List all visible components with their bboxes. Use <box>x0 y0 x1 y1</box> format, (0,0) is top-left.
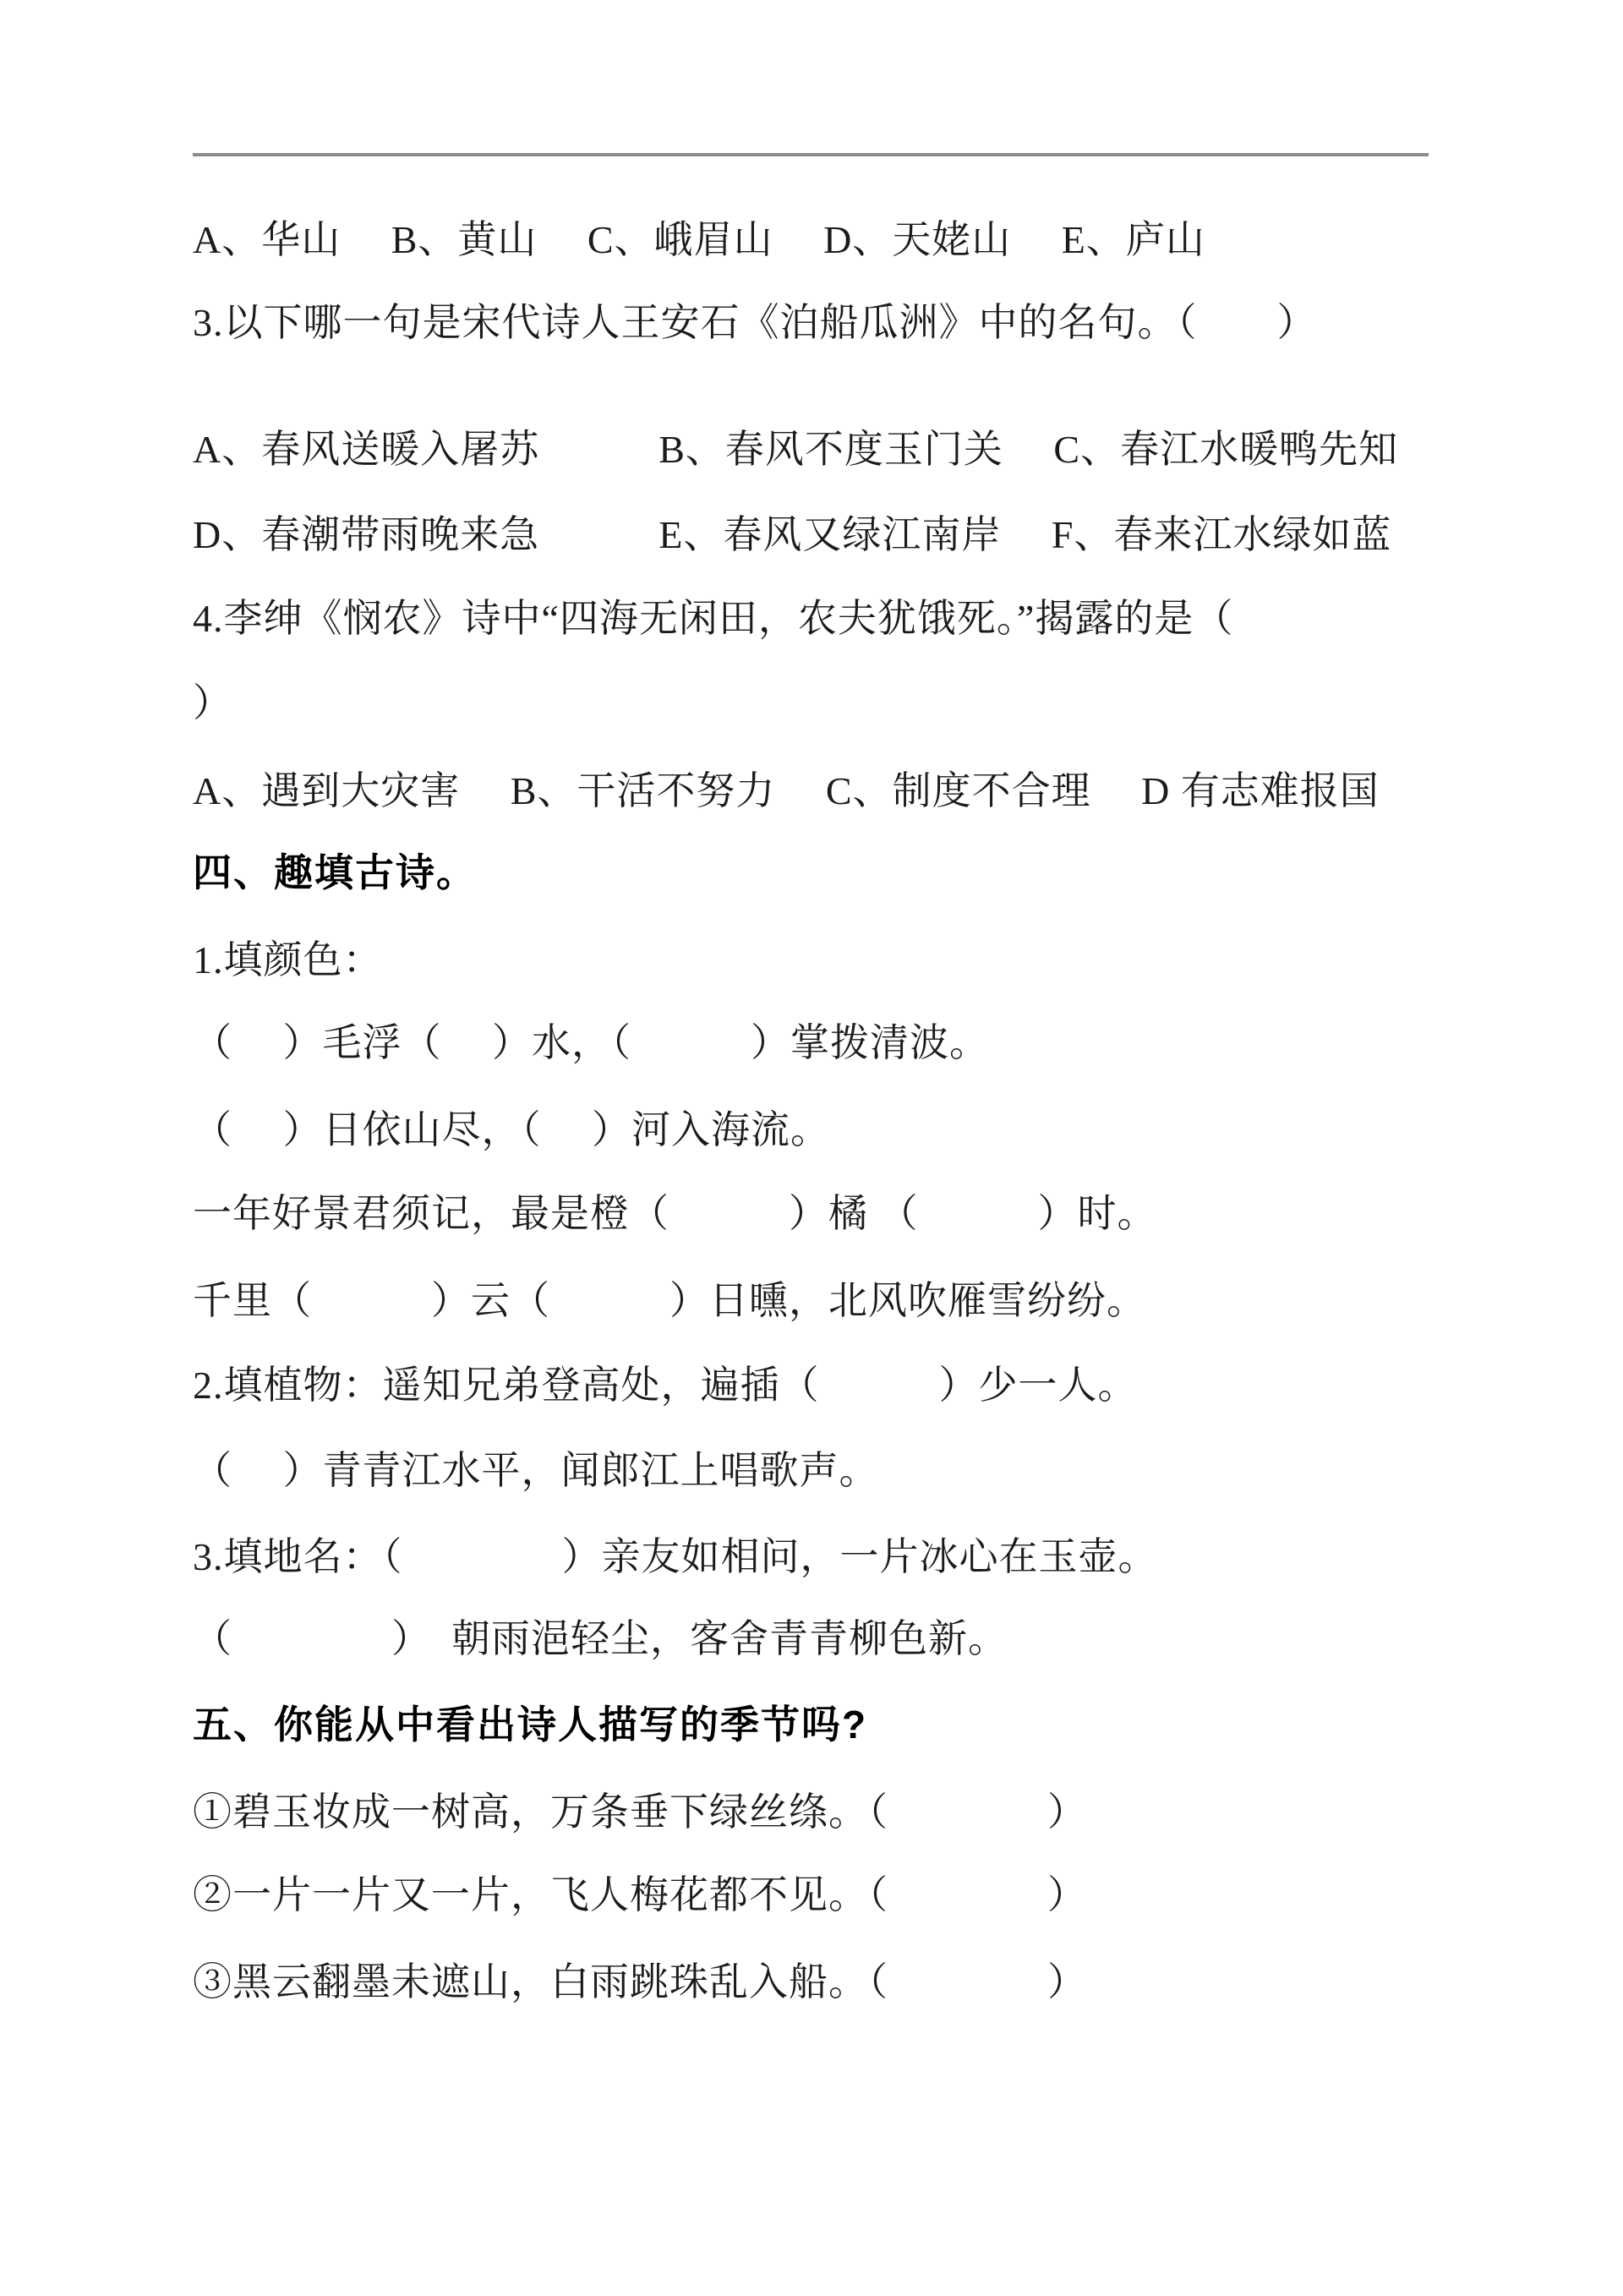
question-3-options-row-1: A、春风送暖入屠苏 B、春风不度玉门关 C、春江水暖鸭先知 <box>193 428 1398 473</box>
section-4-heading: 四、趣填古诗。 <box>193 850 477 895</box>
fill-plant-line-2: （ ）青青江水平，闻郎江上唱歌声。 <box>193 1449 879 1494</box>
fill-place-line-2: （ ） 朝雨浥轻尘，客舍青青柳色新。 <box>193 1617 1008 1662</box>
question-4-options: A、遇到大灾害 B、干活不努力 C、制度不合理 D 有志难报国 <box>193 769 1380 814</box>
header-divider <box>193 153 1429 156</box>
question-4-text: 4.李绅《悯农》诗中“四海无闲田，农夫犹饿死。”揭露的是（ <box>193 597 1233 642</box>
fill-color-line-2: （ ）日依山尽，（ ）河入海流。 <box>193 1108 830 1153</box>
season-line-3: ③黑云翻墨未遮山，白雨跳珠乱入船。（ ） <box>193 1960 1087 2005</box>
section-5-heading: 五、你能从中看出诗人描写的季节吗? <box>193 1703 867 1747</box>
options-line-mountains: A、华山 B、黄山 C、峨眉山 D、天姥山 E、庐山 <box>193 218 1205 263</box>
fill-color-line-1: （ ）毛浮（ ）水，（ ）掌拨清波。 <box>193 1021 989 1066</box>
fill-color-line-3: 一年好景君须记，最是橙（ ）橘 （ ）时。 <box>193 1192 1157 1237</box>
fill-plant-line-1: 2.填植物：遥知兄弟登高处，遍插（ ）少一人。 <box>193 1364 1138 1408</box>
fill-color-label: 1.填颜色： <box>193 938 383 983</box>
question-4-close-paren: ） <box>193 681 232 726</box>
document-page: A、华山 B、黄山 C、峨眉山 D、天姥山 E、庐山 3.以下哪一句是宋代诗人王… <box>0 0 1623 2296</box>
question-3-text: 3.以下哪一句是宋代诗人王安石《泊船瓜洲》中的名句。（ ） <box>193 301 1317 346</box>
question-3-options-row-2: D、春潮带雨晚来急 E、春风又绿江南岸 F、春来江水绿如蓝 <box>193 513 1391 558</box>
season-line-2: ②一片一片又一片，飞人梅花都不见。（ ） <box>193 1873 1087 1918</box>
fill-color-line-4: 千里（ ）云（ ）日曛，北风吹雁雪纷纷。 <box>193 1279 1146 1324</box>
season-line-1: ①碧玉妆成一树高，万条垂下绿丝绦。（ ） <box>193 1790 1087 1835</box>
fill-place-line-1: 3.填地名：（ ）亲友如相问，一片冰心在玉壶。 <box>193 1535 1158 1580</box>
